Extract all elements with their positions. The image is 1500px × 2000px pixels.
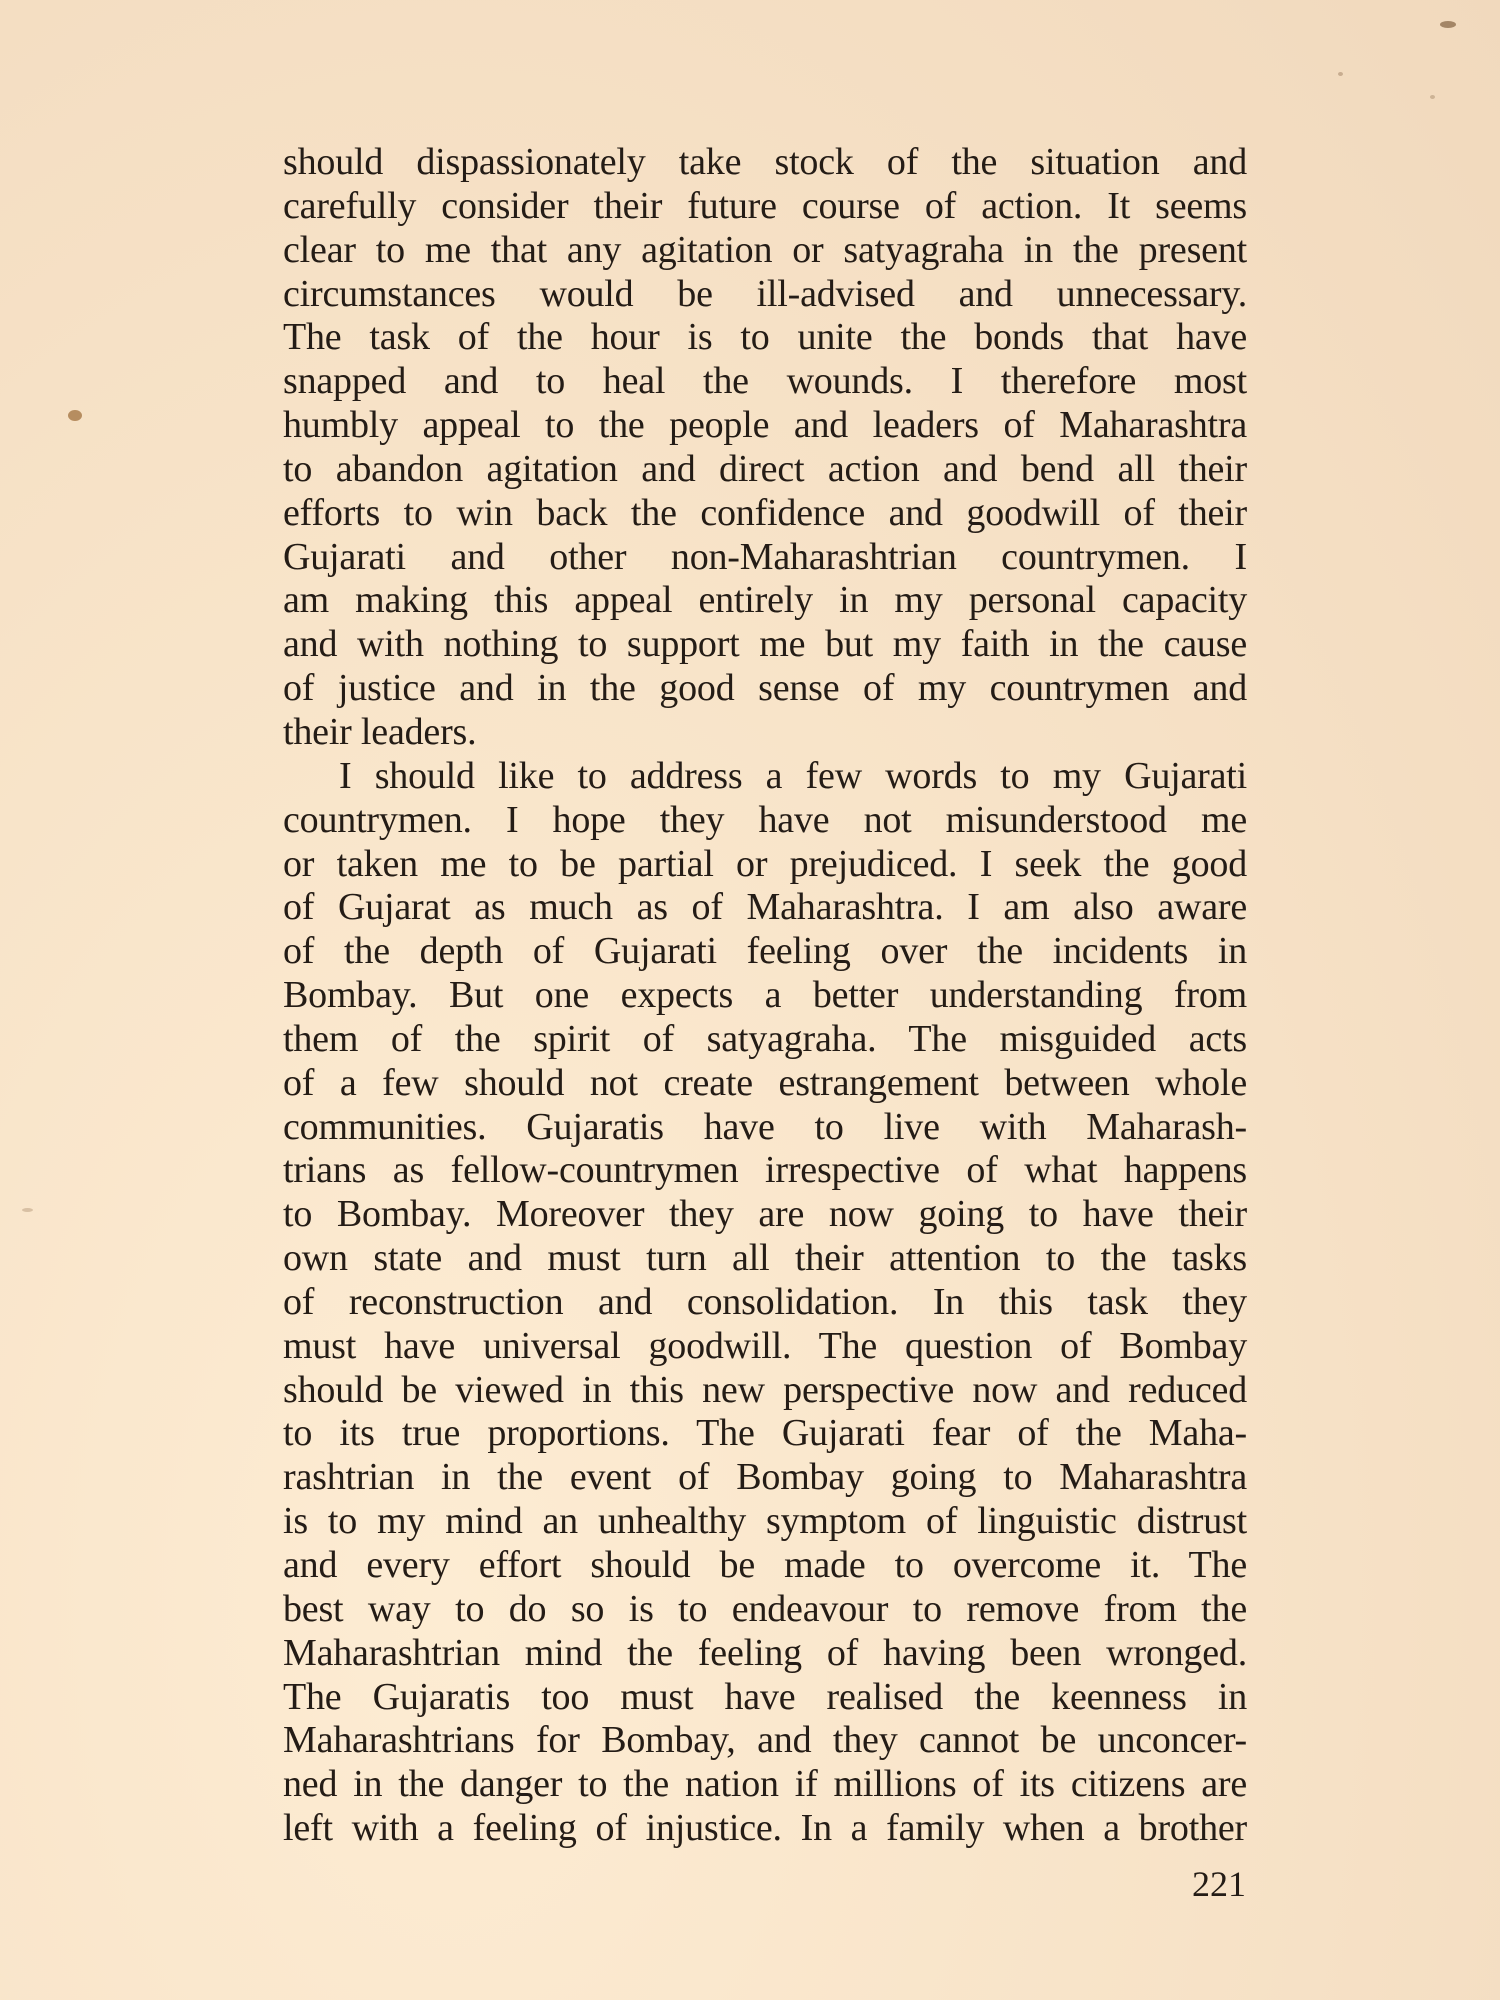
text-line: Maharashtrians for Bombay, and they cann…	[283, 1719, 1247, 1763]
text-line: Bombay. But one expects a better underst…	[283, 974, 1247, 1018]
text-line: of the depth of Gujarati feeling over th…	[283, 930, 1247, 974]
text-line: of reconstruction and consolidation. In …	[283, 1281, 1247, 1325]
text-line: snapped and to heal the wounds. I theref…	[283, 360, 1247, 404]
text-line: should be viewed in this new perspective…	[283, 1369, 1247, 1413]
text-line: communities. Gujaratis have to live with…	[283, 1106, 1247, 1150]
text-line: should dispassionately take stock of the…	[283, 141, 1247, 185]
text-line: own state and must turn all their attent…	[283, 1237, 1247, 1281]
text-line: rashtrian in the event of Bombay going t…	[283, 1456, 1247, 1500]
text-line: left with a feeling of injustice. In a f…	[283, 1807, 1247, 1851]
text-line: and with nothing to support me but my fa…	[283, 623, 1247, 667]
paper-speck-margin	[1338, 72, 1343, 76]
text-line: carefully consider their future course o…	[283, 185, 1247, 229]
text-line: The Gujaratis too must have realised the…	[283, 1676, 1247, 1720]
text-line: them of the spirit of satyagraha. The mi…	[283, 1018, 1247, 1062]
text-line: is to my mind an unhealthy symptom of li…	[283, 1500, 1247, 1544]
text-line: must have universal goodwill. The questi…	[283, 1325, 1247, 1369]
text-line: humbly appeal to the people and leaders …	[283, 404, 1247, 448]
text-line: to its true proportions. The Gujarati fe…	[283, 1412, 1247, 1456]
page-number: 221	[1150, 1864, 1246, 1904]
text-line: ned in the danger to the nation if milli…	[283, 1763, 1247, 1807]
text-line: to Bombay. Moreover they are now going t…	[283, 1193, 1247, 1237]
text-line-indented: I should like to address a few words to …	[283, 755, 1247, 799]
text-line: clear to me that any agitation or satyag…	[283, 229, 1247, 273]
text-line: of justice and in the good sense of my c…	[283, 667, 1247, 711]
text-line: efforts to win back the confidence and g…	[283, 492, 1247, 536]
text-line: circumstances would be ill-advised and u…	[283, 273, 1247, 317]
text-line: Gujarati and other non-Maharashtrian cou…	[283, 536, 1247, 580]
text-line: their leaders.	[283, 711, 1247, 755]
text-line: countrymen. I hope they have not misunde…	[283, 799, 1247, 843]
paper-speck-margin-2	[1430, 95, 1435, 99]
text-line: trians as fellow-countrymen irrespective…	[283, 1149, 1247, 1193]
text-line: or taken me to be partial or prejudiced.…	[283, 843, 1247, 887]
text-line: Maharashtrian mind the feeling of having…	[283, 1632, 1247, 1676]
text-line: am making this appeal entirely in my per…	[283, 579, 1247, 623]
body-text: should dispassionately take stock of the…	[283, 141, 1247, 1851]
book-page: should dispassionately take stock of the…	[0, 0, 1500, 2000]
paper-speck-left-margin	[68, 410, 82, 421]
text-line: The task of the hour is to unite the bon…	[283, 316, 1247, 360]
paragraph-1: should dispassionately take stock of the…	[283, 141, 1247, 755]
text-line: of Gujarat as much as of Maharashtra. I …	[283, 886, 1247, 930]
text-line: best way to do so is to endeavour to rem…	[283, 1588, 1247, 1632]
paragraph-2: I should like to address a few words to …	[283, 755, 1247, 1851]
text-line: and every effort should be made to overc…	[283, 1544, 1247, 1588]
paper-speck-left-mid	[22, 1208, 33, 1212]
text-line: to abandon agitation and direct action a…	[283, 448, 1247, 492]
paper-speck-top-right	[1440, 21, 1456, 28]
text-line: of a few should not create estrangement …	[283, 1062, 1247, 1106]
